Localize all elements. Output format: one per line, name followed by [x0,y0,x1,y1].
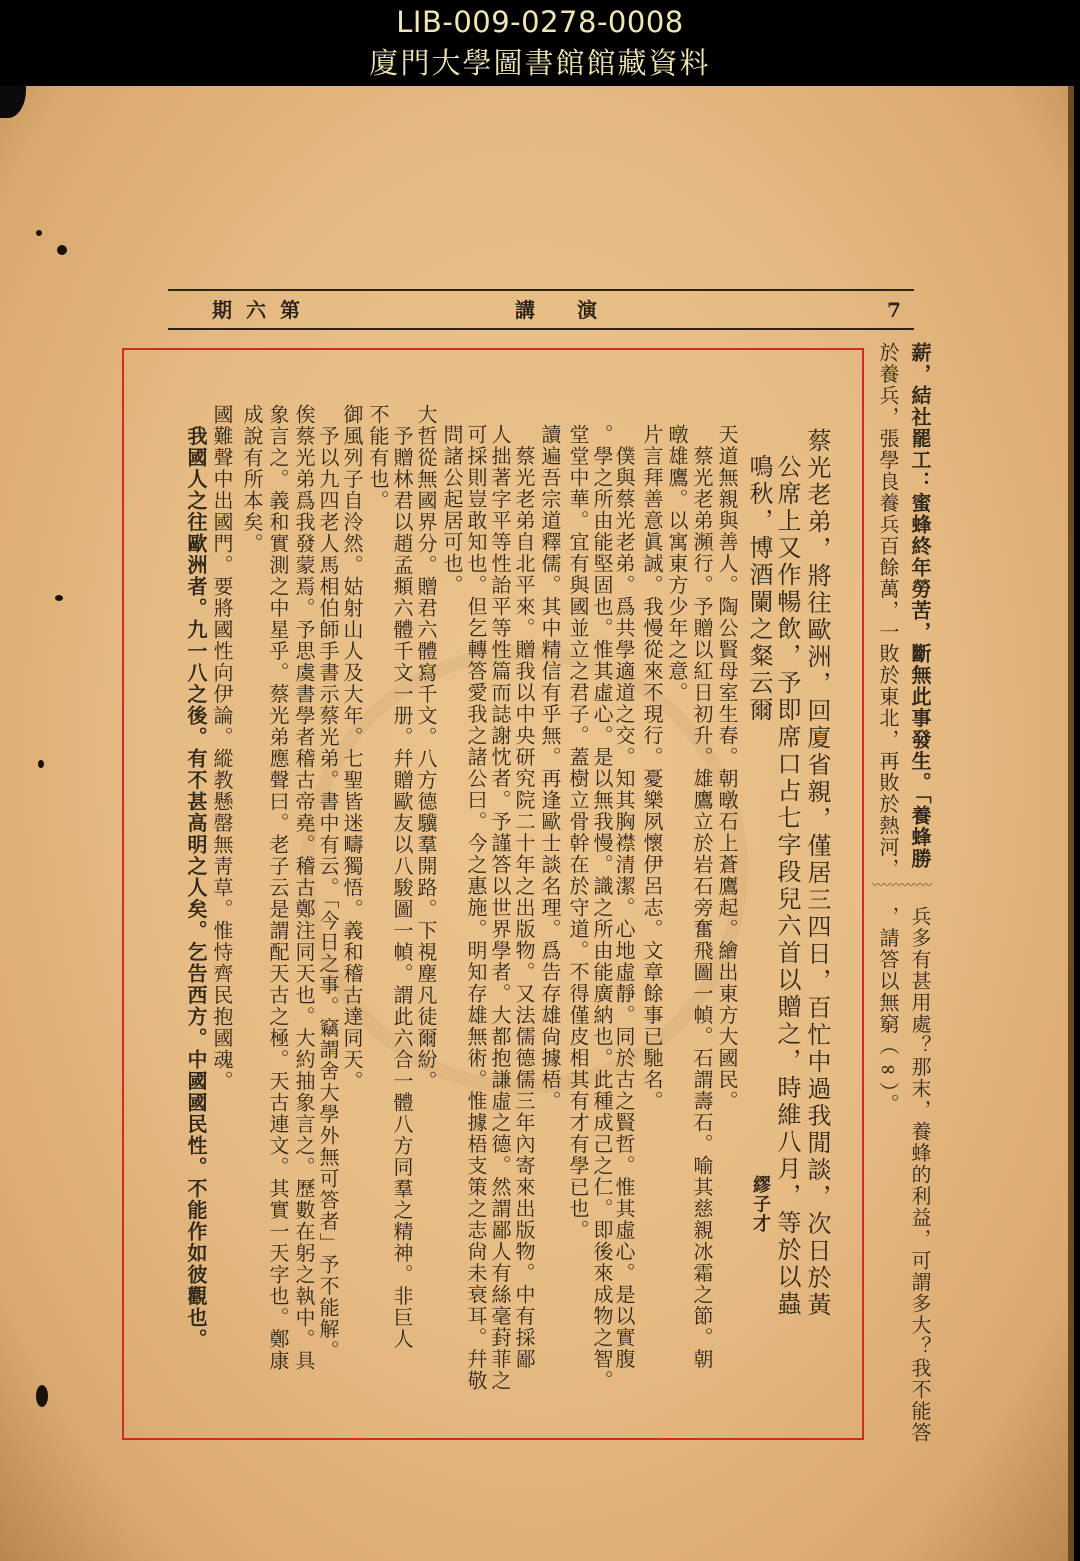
wavy-divider: 〰〰〰〰〰〰 [872,880,942,890]
header-rule-top [168,289,914,291]
wormhole-mark [55,595,63,601]
preface-line: 公席上又作暢飲，予即席口占七字段兒六首以贈之，時維八月，等於以蟲 [772,454,802,1318]
margin-column: ，請答以無窮（∞）。 [876,906,900,1115]
body-line: 不能有也。 [366,404,390,512]
body-line: 片言拜善意眞誠。我慢從來不現行。憂樂夙懷伊呂志。文章餘事已馳名。 [640,424,664,1112]
body-line: 可採則豈敢知也。但乞轉答愛我之諸公曰。今之惠施。明知存雄無術。惟據梧支策之志尙未… [464,424,488,1392]
body-line: 人拙著字平等性詒平等性篇而誌謝忱者。予謹答以世界學者。大都抱謙虛之德。然謂鄙人有… [488,424,512,1392]
institution-label: 廈門大學圖書館館藏資料 [0,49,1080,78]
section-label: 講演 [515,296,639,324]
author-name: 繆子才 [748,1175,772,1234]
body-line: 僕與蔡光老弟。爲共學適道之交。知其胸襟清潔。心地虛靜。同於古之賢哲。惟其虛心。是… [612,424,636,1370]
body-line: 國難聲中出國門。要將國性向伊論。縱教懸罄無靑草。惟恃齊民抱國魂。 [210,404,234,1092]
wormhole-mark [38,760,44,768]
body-line: 。學之所由能堅固也。惟其虛心。是以無我慢。識之所由能廣納也。此種成己之仁。即後來… [590,424,614,1392]
body-line: 予贈林君以趙孟頫六體千文一册。幷贈歐友以八駿圖一幀。謂此六合一體八方同羣之精神。… [390,404,414,1350]
page-number: 7 [887,296,901,324]
body-line: 予以九四老人馬相伯師手書示蔡光弟。書中有云。「今日之事。竊謂舍大學外無可答者」予… [316,404,340,1362]
body-line: 成說有所本矣。 [240,404,264,555]
body-line: 堂堂中華。宜有與國並立之君子。蓋樹立骨幹在於守道。不得僅皮相其有才有學已也。 [566,424,590,1241]
body-line: 我國人之往歐洲者。九一八之後。有不甚高明之人矣。乞告西方。中國國民性。不能作如彼… [184,404,208,1350]
body-line: 問諸公起居可也。 [440,424,464,596]
archive-banner: LIB-009-0278-0008 廈門大學圖書館館藏資料 [0,0,1080,88]
body-line: 蔡光老弟瀕行。予贈以紅日初升。雄鷹立於岩石旁奮飛圖一幀。石謂壽石。喻其慈親冰霜之… [690,424,714,1370]
wormhole-mark [36,230,42,236]
body-line: 讀遍吾宗道釋儒。其中精信有乎無。再逢歐士談名理。爲告存雄尙據梧。 [538,424,562,1112]
body-line: 天道無親與善人。陶公賢母室生春。朝暾石上蒼鷹起。繪出東方大國民。 [715,424,739,1112]
body-line: 蔡光老弟自北平來。贈我以中央研究院二十年之出版物。又法儒德儒三年內寄來出版物。中… [512,424,536,1370]
catalog-id: LIB-009-0278-0008 [0,0,1080,37]
body-line: 俟蔡光弟爲我發蒙焉。予思虞書學者稽古帝堯。稽古鄭注同天也。大約抽象言之。歷數在躬… [292,404,316,1372]
preface-line: 蔡光老弟，將往歐洲，回廈省親，僅居三四日，百忙中過我閒談，次日於黃 [802,428,832,1319]
header-rule-bottom [168,328,914,330]
margin-column: 於養兵，張學良養兵百餘萬，一敗於東北，再敗於熱河， [876,342,900,880]
body-line: 暾雄鷹。以寓東方少年之意。 [665,424,689,704]
body-line: 象言之。義和實測之中星乎。蔡光弟應聲曰。老子云是謂配天古之極。天古連文。其實一天… [266,404,290,1372]
wormhole-mark [57,245,67,255]
body-line: 大哲從無國界分。贈君六體寫千文。八方德驥羣開路。下視塵凡徒爾紛。 [414,404,438,1092]
wormhole-mark [36,1385,48,1407]
margin-column: 兵多有甚用處？那末，養蜂的利益，可謂多大？我不能答 [908,906,932,1444]
issue-label: 期六第 [212,296,314,324]
preface-line: 鳴秋，博酒闌之粲云爾 [744,454,774,724]
margin-column: 薪，結社罷工：蜜蜂終年勞苦，斷無此事發生。「養蜂勝 [908,342,932,870]
body-line: 御風列子自泠然。姑射山人及大年。七聖皆迷疇獨悟。義和稽古達同天。 [340,404,364,1092]
